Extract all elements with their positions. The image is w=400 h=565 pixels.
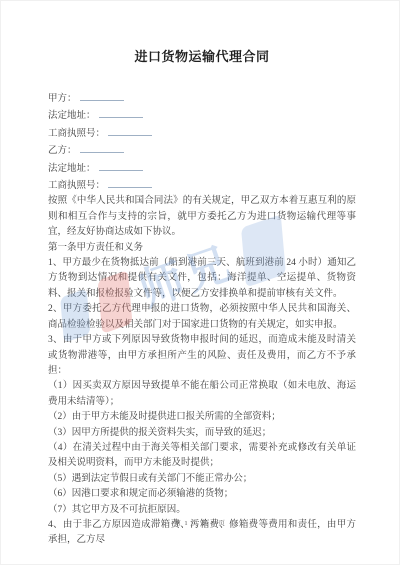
party-b-address-line: 法定地址： <box>48 160 356 177</box>
contract-title: 进口货物运输代理合同 <box>48 49 356 65</box>
clause-1: 1、甲方最少在货物抵达前（船到港前三天、航班到港前 24 小时）通知乙方货物到达… <box>48 256 356 302</box>
party-a-line: 甲方： <box>48 90 356 107</box>
party-b-license-line: 工商执照号： <box>48 177 356 194</box>
clause-3: 3、由于甲方或下列原因导致货物申报时间的延迟，而造成未能及时清关或货物滞港等，由… <box>48 333 356 379</box>
clause-2: 2、甲方委托乙方代理申报的进口货物，必须按照中华人民共和国海关、商品检验检验以及… <box>48 302 356 333</box>
party-a-address-blank-field[interactable] <box>99 107 143 118</box>
party-b-blank-field[interactable] <box>80 142 124 153</box>
party-b-line: 乙方： <box>48 142 356 159</box>
preamble-paragraph: 按照《中华人民共和国合同法》的有关规定，甲乙双方本着互惠互利的原则和相互合作与支… <box>48 194 356 240</box>
party-b-label: 乙方： <box>48 146 77 156</box>
clause-3-item-6: （6）因港口要求和规定而必须输港的货物； <box>48 487 356 502</box>
party-a-address-line: 法定地址： <box>48 107 356 124</box>
page-number-footer: 第 1 页 共 5 页 <box>0 518 400 527</box>
party-a-license-line: 工商执照号： <box>48 125 356 142</box>
clause-3-item-2: （2）由于甲方未能及时提供进口报关所需的全部资料； <box>48 410 356 425</box>
party-b-address-label: 法定地址： <box>48 164 96 174</box>
party-b-address-blank-field[interactable] <box>99 160 143 171</box>
contract-page: 进口货物运输代理合同 甲方： 法定地址： 工商执照号： 乙方： 法定地址： 工商… <box>0 0 400 565</box>
party-a-label: 甲方： <box>48 94 77 104</box>
party-a-address-label: 法定地址： <box>48 111 96 121</box>
clause-3-item-5: （5）遇到法定节假日或有关部门不能正常办公； <box>48 472 356 487</box>
party-a-license-blank-field[interactable] <box>108 125 152 136</box>
clause-3-item-4: （4）在清关过程中由于海关等相关部门要求，需要补充或修改有关单证及相关说明资料，… <box>48 441 356 472</box>
clause-3-item-7: （7）其它甲方及不可抗拒原因。 <box>48 503 356 518</box>
party-b-license-blank-field[interactable] <box>108 177 152 188</box>
clause-3-item-3: （3）因甲方所提供的报关资料失实，而导致的延迟； <box>48 426 356 441</box>
party-a-license-label: 工商执照号： <box>48 129 105 139</box>
document-body: 进口货物运输代理合同 甲方： 法定地址： 工商执照号： 乙方： 法定地址： 工商… <box>48 49 356 549</box>
clause-3-item-1: （1）因买卖双方原因导致提单不能在船公司正常换取（如未电放、海运费用未结清等）； <box>48 379 356 410</box>
party-a-blank-field[interactable] <box>80 90 124 101</box>
section-1-heading: 第一条甲方责任和义务 <box>48 241 356 256</box>
party-b-license-label: 工商执照号： <box>48 181 105 191</box>
